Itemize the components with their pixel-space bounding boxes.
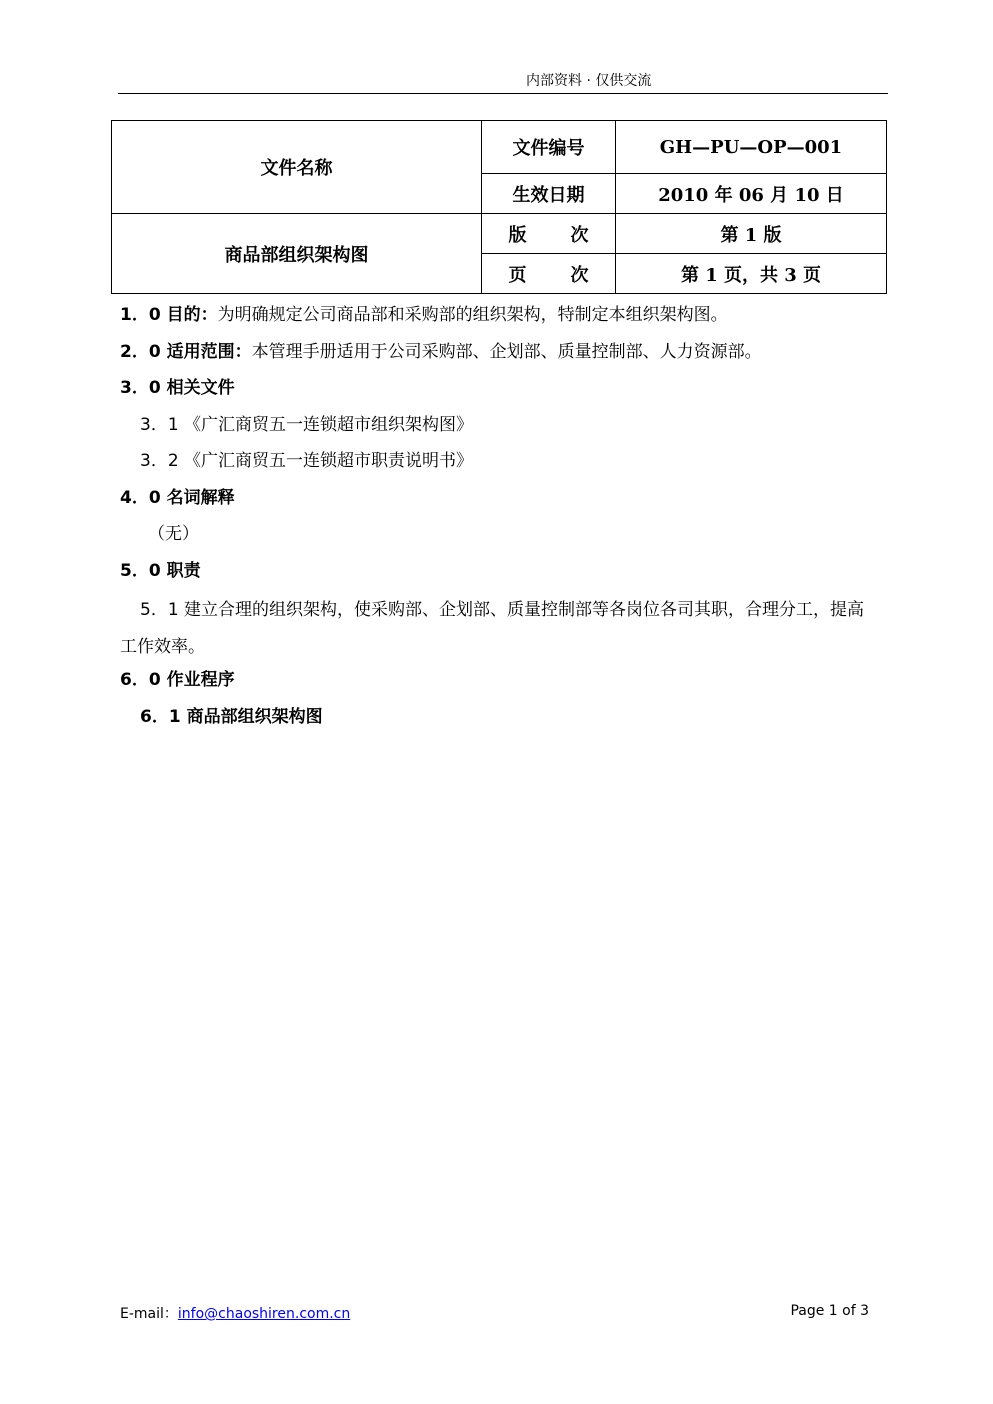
page-value: 第 1 页，共 3 页	[616, 254, 887, 294]
file-no-value: GH—PU—OP—001	[616, 121, 887, 174]
terms-text: （无）	[120, 519, 880, 556]
section-heading: 2．0 适用范围：	[120, 342, 252, 362]
section-text: 为明确规定公司商品部和采购部的组织架构，特制定本组织架构图。	[218, 305, 728, 325]
email-label: E-mail：	[120, 1306, 178, 1322]
section-related-docs-heading: 3．0 相关文件	[120, 373, 880, 410]
section-duties-heading: 5．0 职责	[120, 556, 880, 593]
document-body: 1．0 目的：为明确规定公司商品部和采购部的组织架构，特制定本组织架构图。 2．…	[120, 300, 880, 738]
section-text: 本管理手册适用于公司采购部、企划部、质量控制部、人力资源部。	[252, 342, 762, 362]
page-label-a: 页	[509, 265, 546, 286]
section-heading: 1．0 目的：	[120, 305, 218, 325]
page-label-b: 次	[571, 265, 589, 286]
related-doc-item: 3．1 《广汇商贸五一连锁超市组织架构图》	[120, 410, 880, 447]
version-label: 版 次	[482, 214, 616, 254]
section-procedure-heading: 6．0 作业程序	[120, 665, 880, 702]
document-meta-table: 文件名称 文件编号 GH—PU—OP—001 生效日期 2010 年 06 月 …	[111, 120, 887, 294]
section-purpose: 1．0 目的：为明确规定公司商品部和采购部的组织架构，特制定本组织架构图。	[120, 300, 880, 337]
header-confidential-note: 内部资料 · 仅供交流	[526, 70, 651, 90]
file-no-label: 文件编号	[482, 121, 616, 174]
procedure-item: 6．1 商品部组织架构图	[120, 702, 880, 739]
header-divider	[118, 93, 888, 94]
version-value: 第 1 版	[616, 214, 887, 254]
duties-text: 5．1 建立合理的组织架构，使采购部、企划部、质量控制部等各岗位各司其职，合理分…	[120, 592, 880, 665]
footer-page-number: Page 1 of 3	[790, 1303, 869, 1319]
version-label-b: 次	[571, 225, 589, 246]
effective-date-value: 2010 年 06 月 10 日	[616, 174, 887, 214]
page-label: 页 次	[482, 254, 616, 294]
email-link[interactable]: info@chaoshiren.com.cn	[178, 1306, 350, 1322]
section-scope: 2．0 适用范围：本管理手册适用于公司采购部、企划部、质量控制部、人力资源部。	[120, 337, 880, 374]
file-name-label: 文件名称	[112, 121, 482, 214]
footer-email: E-mail：info@chaoshiren.com.cn	[120, 1303, 350, 1323]
version-label-a: 版	[509, 225, 546, 246]
section-terms-heading: 4．0 名词解释	[120, 483, 880, 520]
file-name-value: 商品部组织架构图	[112, 214, 482, 294]
effective-date-label: 生效日期	[482, 174, 616, 214]
related-doc-item: 3．2 《广汇商贸五一连锁超市职责说明书》	[120, 446, 880, 483]
